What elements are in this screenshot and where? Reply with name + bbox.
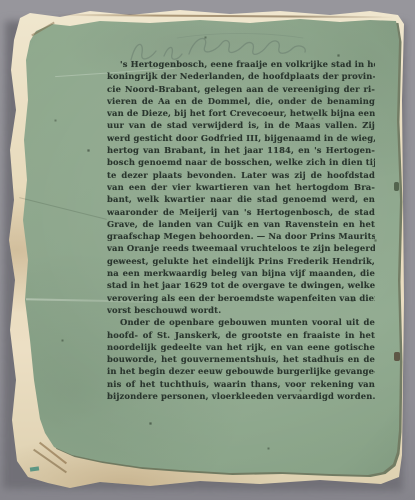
text-line: in het begin dezer eeuw gebouwde burgerl… [107,365,375,377]
text-line: verovering als een der beroemdste wapenf… [107,292,375,304]
text-line: bosch genoemd naar de bosschen, welke zi… [107,156,375,168]
edge-wear-spot [394,182,399,191]
scan-background: { "document": { "kind_label": "printed g… [0,0,415,500]
text-line: Grave, de landen van Cuijk en van Ravens… [107,218,375,230]
text-line: van Oranje reeds tweemaal vruchteloos te… [107,242,375,254]
text-line: graafschap Megen behoorden. — Na door Pr… [107,230,375,242]
text-line: na een merkwaardig beleg van bijna vijf … [107,267,375,279]
text-line: geweest, gelukte het eindelijk Prins Fre… [107,255,375,267]
text-line: uur van de stad verwijderd is, in de Maa… [107,119,375,131]
text-line: 's Hertogenbosch, eene fraaije en volkri… [107,58,375,70]
text-line: van de Dieze, bij het fort Crevecoeur, h… [107,107,375,119]
text-line: Onder de openbare gebouwen munten vooral… [107,316,375,328]
text-line: vieren de Aa en de Dommel, die, onder de… [107,95,375,107]
text-line: werd gesticht door Godfried III, bijgena… [107,132,375,144]
text-line: koningrijk der Nederlanden, de hoofdplaa… [107,70,375,82]
text-line: bouworde, het gouvernementshuis, het sta… [107,353,375,365]
text-line: van een der vier kwartieren van het hert… [107,181,375,193]
text-line: bijzondere personen, vloerkleeden vervaa… [107,390,375,402]
text-line: stad in het jaar 1629 tot de overgave te… [107,279,375,291]
edge-wear-spot [394,352,400,361]
text-line: bant, welk kwartier naar die stad genoem… [107,193,375,205]
text-line: nis of het tuchthuis, waarin thans, voor… [107,378,375,390]
text-line: noordelijk gedeelte van het rijk, en van… [107,341,375,353]
text-line: hertog van Brabant, in het jaar 1184, en… [107,144,375,156]
text-line: te dezer plaats bevonden. Later was zij … [107,169,375,181]
text-line: waaronder de Meijerij van 's Hertogenbos… [107,206,375,218]
text-line: hoofd- of St. Janskerk, de grootste en f… [107,329,375,341]
text-line: cie Noord-Brabant, gelegen aan de vereen… [107,83,375,95]
body-text: 's Hertogenbosch, eene fraaije en volkri… [107,58,375,402]
foxing-specks [0,0,1,1]
text-line: vorst beschouwd wordt. [107,304,375,316]
